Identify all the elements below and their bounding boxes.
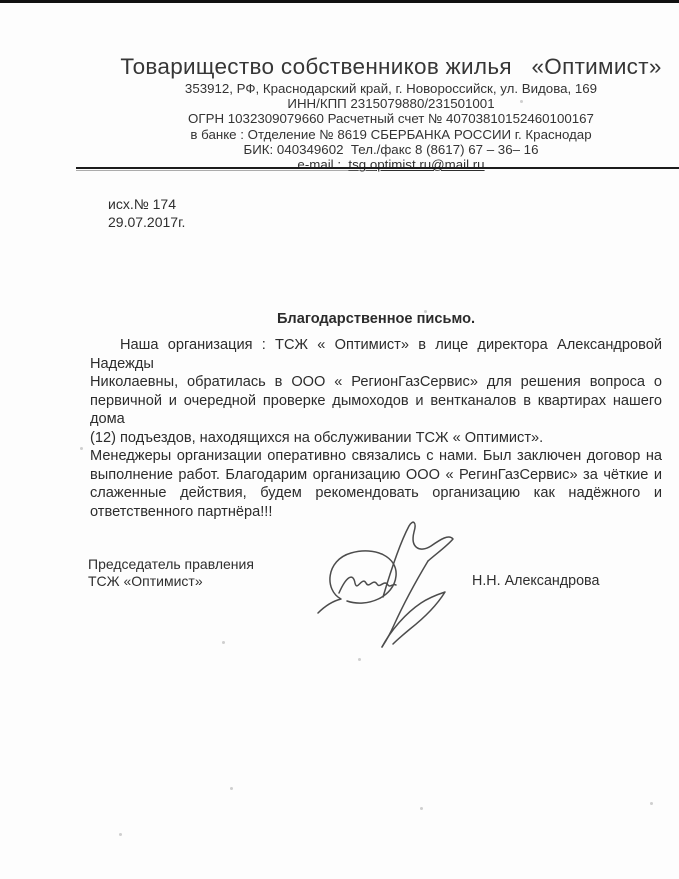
body-line: (12) подъездов, находящихся на обслужива… xyxy=(90,429,662,448)
letterhead: Товарищество собственников жилья «Оптими… xyxy=(103,53,679,172)
letterhead-bik-phone: БИК: 040349602 Тел./факс 8 (8617) 67 – 3… xyxy=(103,142,679,157)
scan-speck xyxy=(420,807,423,810)
body-line: первичной и очередной проверке дымоходов… xyxy=(90,392,662,429)
body-line: выполнение работ. Благодарим организацию… xyxy=(90,466,662,485)
scan-speck xyxy=(358,658,361,661)
scanned-letter-page: Товарищество собственников жилья «Оптими… xyxy=(0,0,679,879)
handwritten-signature xyxy=(298,513,476,655)
body-line: слаженные действия, будем рекомендовать … xyxy=(90,484,662,503)
scan-speck xyxy=(80,447,83,450)
letterhead-bank: в банке : Отделение № 8619 СБЕРБАНКА РОС… xyxy=(103,127,679,142)
scan-speck xyxy=(230,787,233,790)
scan-speck xyxy=(222,641,225,644)
letterhead-divider-scan-double xyxy=(76,170,376,171)
signatory-title-line2: ТСЖ «Оптимист» xyxy=(88,573,254,590)
organization-title: Товарищество собственников жилья «Оптими… xyxy=(103,53,679,81)
scan-speck xyxy=(424,310,427,313)
scan-speck xyxy=(650,802,653,805)
outgoing-number: исх.№ 174 xyxy=(108,195,185,213)
signatory-title-line1: Председатель правления xyxy=(88,556,254,573)
letterhead-inn-kpp: ИНН/КПП 2315079880/231501001 xyxy=(103,96,679,111)
body-line: Наша организация : ТСЖ « Оптимист» в лиц… xyxy=(90,336,662,373)
scan-speck xyxy=(612,345,615,348)
letter-date: 29.07.2017г. xyxy=(108,213,185,231)
body-line: Менеджеры организации оперативно связали… xyxy=(90,447,662,466)
letterhead-divider-line xyxy=(76,167,679,169)
signatory-title-block: Председатель правления ТСЖ «Оптимист» xyxy=(88,556,254,590)
scan-artifact-top-edge xyxy=(0,0,679,3)
signatory-name: Н.Н. Александрова xyxy=(472,573,599,589)
letterhead-ogrn-account: ОГРН 1032309079660 Расчетный счет № 4070… xyxy=(103,111,679,126)
body-line: Николаевны, обратилась в ООО « РегионГаз… xyxy=(90,373,662,392)
reference-block: исх.№ 174 29.07.2017г. xyxy=(108,195,185,231)
letterhead-address: 353912, РФ, Краснодарский край, г. Новор… xyxy=(103,81,679,96)
scan-speck xyxy=(520,100,523,103)
letter-body: Наша организация : ТСЖ « Оптимист» в лиц… xyxy=(90,336,662,521)
scan-speck xyxy=(119,833,122,836)
letter-subject: Благодарственное письмо. xyxy=(90,311,662,327)
